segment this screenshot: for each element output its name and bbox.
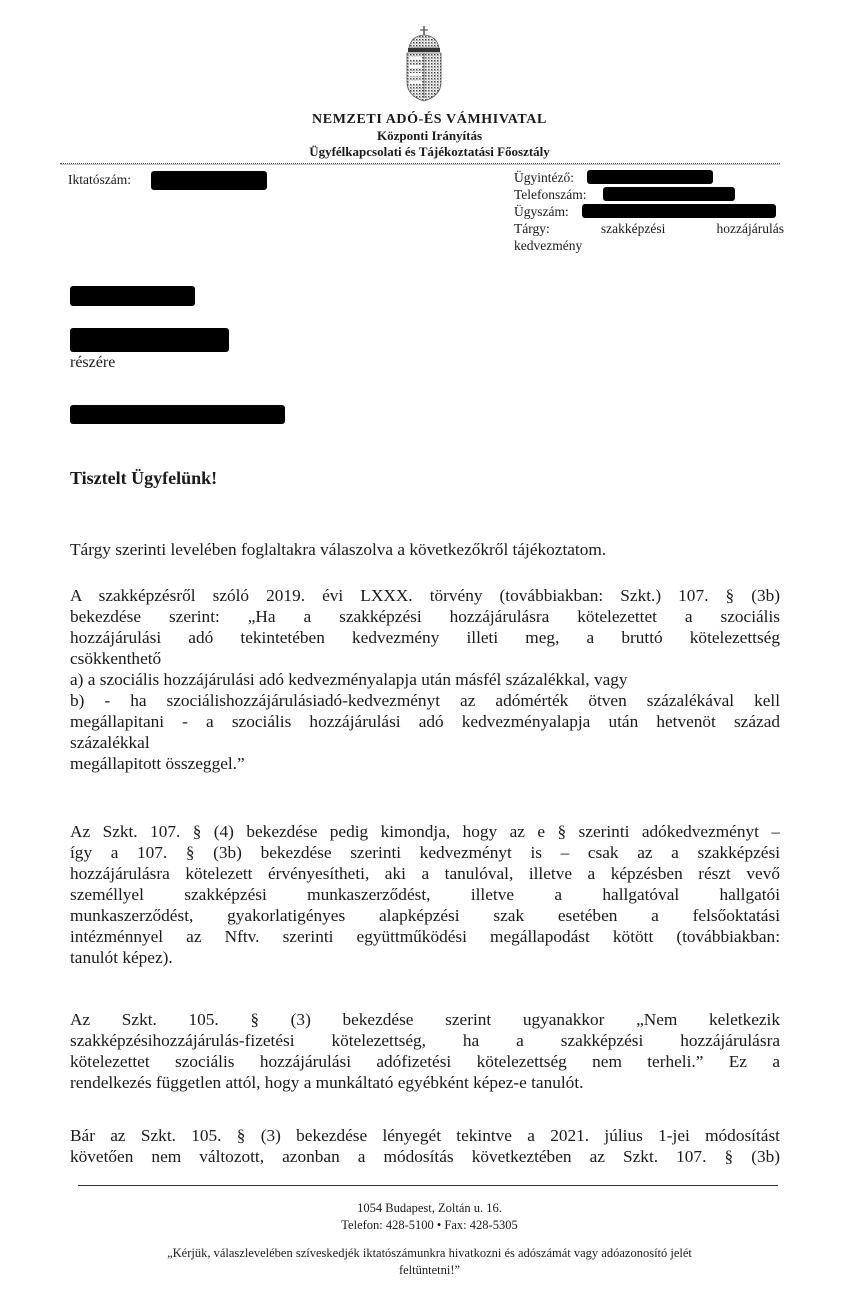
footer-notice-line-1: „Kérjük, válaszlevelében szíveskedjék ik…	[0, 1245, 859, 1262]
paragraph-line: Tárgy szerinti levelében foglaltakra vál…	[70, 539, 780, 560]
greeting: Tisztelt Ügyfelünk!	[70, 468, 217, 489]
footer-address: 1054 Budapest, Zoltán u. 16.	[0, 1200, 859, 1217]
case-officer-label: Ügyintéző:	[514, 170, 574, 185]
paragraph-line: hozzájárulási adó tekintetében kedvezmén…	[70, 627, 780, 648]
paragraph-line: b) - ha szociálishozzájárulásiadó-kedvez…	[70, 690, 780, 711]
paragraph-line: szakképzésihozzájárulás-fizetési kötelez…	[70, 1030, 780, 1051]
redacted-recipient-name	[70, 286, 195, 306]
redacted-case-officer	[587, 170, 713, 184]
agency-name: NEMZETI ADÓ-ÉS VÁMHIVATAL	[0, 112, 859, 128]
subject-label: Tárgy:	[514, 220, 550, 237]
subject-line-2: kedvezmény	[514, 238, 582, 253]
paragraph-line: megállapitani - a szociális hozzájárulás…	[70, 711, 780, 732]
paragraph-line: A szakképzésről szóló 2019. évi LXXX. tö…	[70, 585, 780, 606]
paragraph-2: A szakképzésről szóló 2019. évi LXXX. tö…	[70, 585, 780, 774]
paragraph-line: intézménnyel az Nftv. szerinti együttműk…	[70, 926, 780, 947]
subject-row-2: kedvezmény	[514, 237, 784, 254]
case-officer-row: Ügyintéző:	[514, 169, 784, 186]
paragraph-line: személlyel szakképzési munkaszerződést, …	[70, 884, 780, 905]
recipient-for-label: részére	[70, 354, 115, 372]
paragraph-line: Bár az Szkt. 105. § (3) bekezdése lényeg…	[70, 1125, 780, 1146]
paragraph-line: bekezdése szerint: „Ha a szakképzési hoz…	[70, 606, 780, 627]
header-divider-shadow	[60, 164, 780, 165]
paragraph-line: rendelkezés független attól, hogy a munk…	[70, 1072, 780, 1093]
subject-word-2: hozzájárulás	[717, 220, 784, 237]
paragraph-line: százalékkal	[70, 732, 780, 753]
redacted-recipient-company	[70, 328, 229, 352]
case-number-label: Ügyszám:	[514, 204, 569, 219]
paragraph-3: Az Szkt. 107. § (4) bekezdése pedig kimo…	[70, 821, 780, 968]
phone-row: Telefonszám:	[514, 186, 784, 203]
paragraph-line: hozzájárulásra kötelezett érvényesítheti…	[70, 863, 780, 884]
paragraph-line: tanulót képez).	[70, 947, 780, 968]
paragraph-line: Az Szkt. 105. § (3) bekezdése szerint ug…	[70, 1009, 780, 1030]
redacted-case-number	[582, 204, 776, 218]
redacted-registration-number	[151, 171, 267, 190]
footer-notice-line-2: feltüntetni!”	[0, 1262, 859, 1279]
redacted-phone	[603, 187, 735, 201]
paragraph-line: követően nem változott, azonban a módosí…	[70, 1146, 780, 1167]
redacted-recipient-address	[70, 405, 285, 424]
paragraph-1: Tárgy szerinti levelében foglaltakra vál…	[70, 539, 780, 560]
department-name: Ügyfélkapcsolati és Tájékoztatási Főoszt…	[0, 144, 859, 160]
case-number-row: Ügyszám:	[514, 203, 784, 220]
paragraph-line: megállapitott összeggel.”	[70, 753, 780, 774]
coat-of-arms-icon	[401, 24, 447, 104]
subject-word-1: szakképzési	[601, 220, 665, 237]
footer-divider	[78, 1185, 778, 1186]
footer-contact: Telefon: 428-5100 • Fax: 428-5305	[0, 1217, 859, 1234]
subject-row: Tárgy: szakképzési hozzájárulás	[514, 220, 784, 237]
case-meta-block: Ügyintéző: Telefonszám: Ügyszám: Tárgy: …	[514, 169, 784, 254]
paragraph-4: Az Szkt. 105. § (3) bekezdése szerint ug…	[70, 1009, 780, 1093]
registration-number-label: Iktatószám:	[68, 172, 131, 188]
paragraph-5: Bár az Szkt. 105. § (3) bekezdése lényeg…	[70, 1125, 780, 1167]
directorate-name: Központi Irányítás	[0, 128, 859, 144]
paragraph-line: a) a szociális hozzájárulási adó kedvezm…	[70, 669, 780, 690]
paragraph-line: így a 107. § (3b) bekezdése szerinti ked…	[70, 842, 780, 863]
phone-label: Telefonszám:	[514, 187, 587, 202]
paragraph-line: csökkenthető	[70, 648, 780, 669]
paragraph-line: munkaszerződést, gyakorlatigényes alapké…	[70, 905, 780, 926]
paragraph-line: kötelezettet szociális hozzájárulási adó…	[70, 1051, 780, 1072]
paragraph-line: Az Szkt. 107. § (4) bekezdése pedig kimo…	[70, 821, 780, 842]
